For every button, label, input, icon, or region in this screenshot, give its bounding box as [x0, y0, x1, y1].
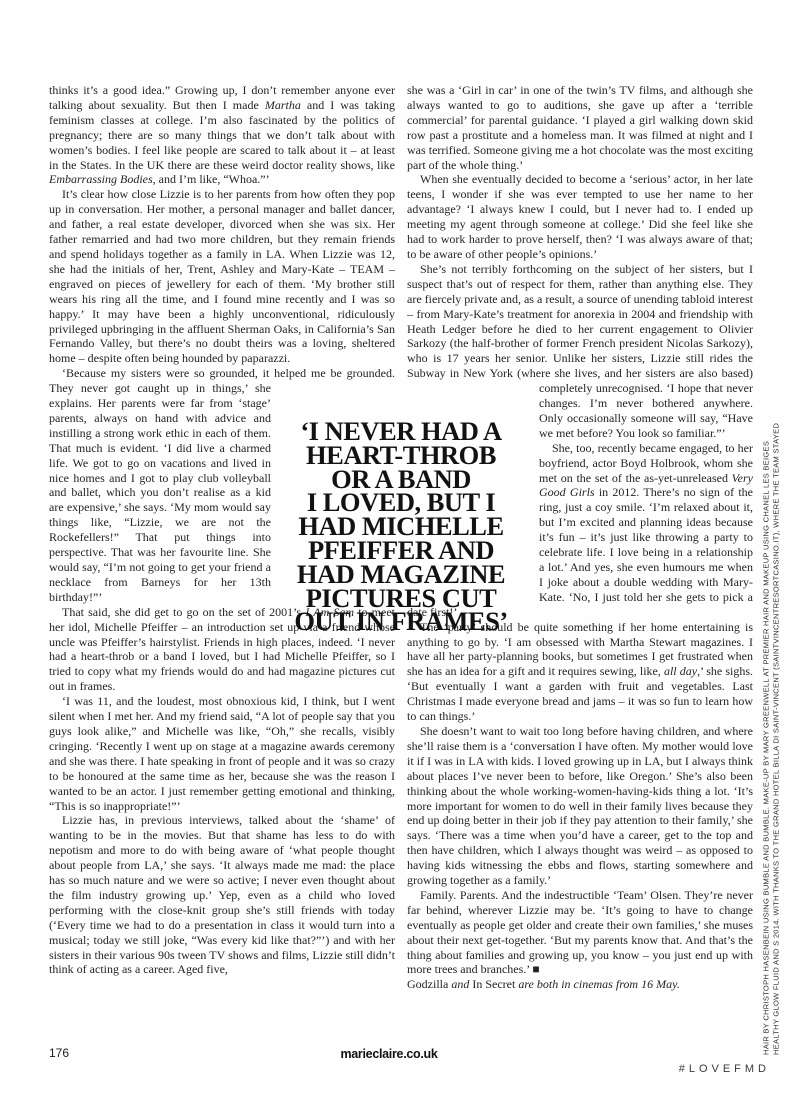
hashtag-lovefmd: #LOVEFMD	[679, 1063, 770, 1075]
text-run: all day	[664, 664, 697, 678]
text-run: In Secret	[469, 977, 518, 991]
paragraph: She’s not terribly forthcoming on the su…	[407, 262, 753, 441]
pull-quote-line: OUT IN FRAMES’	[280, 610, 522, 634]
paragraph: It’s clear how close Lizzie is to her pa…	[49, 187, 395, 366]
text-run: That said, she did get to go on the set …	[62, 605, 305, 619]
text-run: Embarrassing Bodies	[49, 172, 153, 186]
credits-line-1: HAIR BY CHRISTOPH HASENBEIN USING BUMBLE…	[761, 455, 771, 1055]
text-run: and	[451, 977, 469, 991]
text-run: Family. Parents. And the indestructible …	[407, 888, 753, 977]
text-run: When she eventually decided to become a …	[407, 172, 753, 261]
text-run: ‘I was 11, and the loudest, most obnoxio…	[49, 694, 395, 812]
pull-quote: ‘I NEVER HAD AHEART-THROBOR A BANDI LOVE…	[280, 420, 522, 634]
text-run: It’s clear how close Lizzie is to her pa…	[49, 187, 395, 365]
paragraph: ‘I was 11, and the loudest, most obnoxio…	[49, 694, 395, 813]
paragraph: Lizzie has, in previous interviews, talk…	[49, 813, 395, 977]
paragraph: She doesn’t want to wait too long before…	[407, 724, 753, 888]
credits-line-2: HEALTHY GLOW FLUID AND S 2014. WITH THAN…	[771, 455, 781, 1055]
magazine-page: thinks it’s a good idea.” Growing up, I …	[0, 0, 800, 1098]
paragraph: When she eventually decided to become a …	[407, 172, 753, 261]
photo-credits-vertical: HAIR BY CHRISTOPH HASENBEIN USING BUMBLE…	[761, 455, 780, 1055]
paragraph: thinks it’s a good idea.” Growing up, I …	[49, 83, 395, 187]
text-run: , and I’m like, “Whoa.”’	[153, 172, 270, 186]
magazine-site-wordmark: marieclaire.co.uk	[0, 1047, 778, 1061]
text-run: She doesn’t want to wait too long before…	[407, 724, 753, 887]
text-run: She, too, recently became engaged, to he…	[539, 441, 753, 485]
text-run: Martha	[265, 98, 301, 112]
text-run: she was a ‘Girl in car’ in one of the tw…	[407, 83, 753, 172]
text-run: Godzilla	[407, 977, 451, 991]
text-run: She’s not terribly forthcoming on the su…	[407, 262, 753, 395]
text-run: They never got caught up in things,’ she…	[49, 381, 271, 604]
text-run: Lizzie has, in previous interviews, talk…	[49, 813, 395, 976]
paragraph: Godzilla and In Secret are both in cinem…	[407, 977, 753, 992]
paragraph: Family. Parents. And the indestructible …	[407, 888, 753, 977]
text-run: ‘Because my sisters were so grounded, it…	[62, 366, 395, 380]
text-run: are both in cinemas from 16 May.	[518, 977, 679, 991]
paragraph: she was a ‘Girl in car’ in one of the tw…	[407, 83, 753, 172]
